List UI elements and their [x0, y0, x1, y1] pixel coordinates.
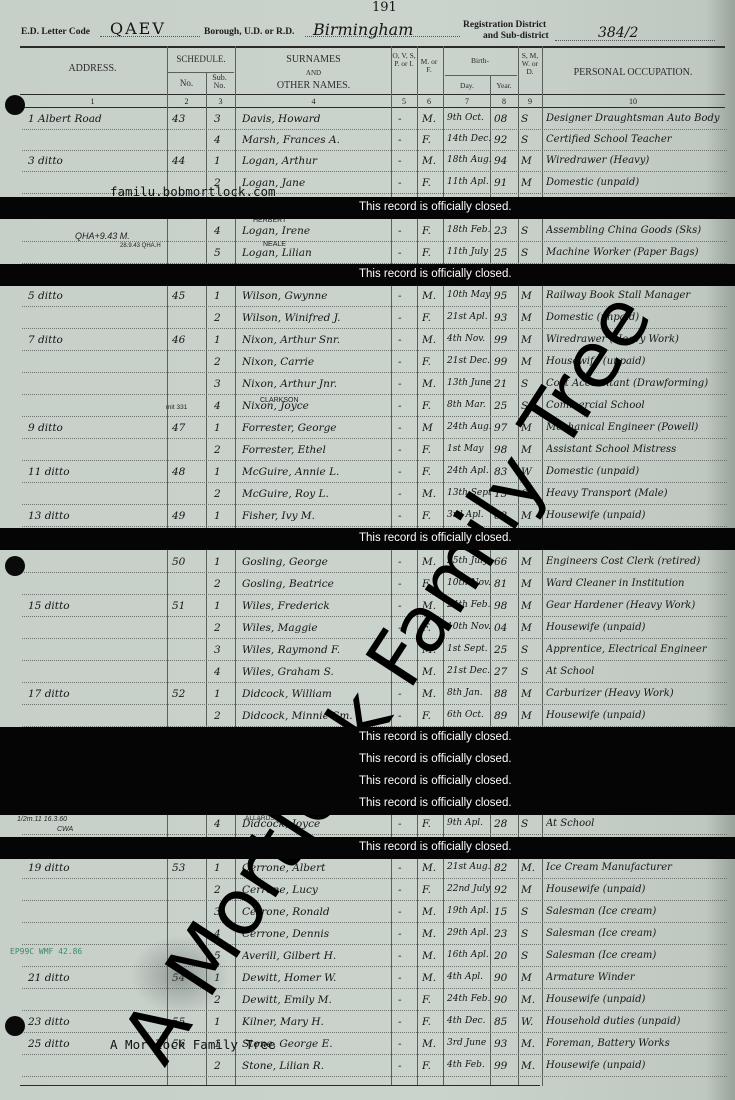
ovspi-cell: -: [398, 378, 414, 390]
sub-number-cell: 1: [214, 422, 230, 434]
sub-number-cell: 1: [214, 510, 230, 522]
sex-cell: F.: [422, 312, 442, 324]
sex-cell: F.: [422, 1060, 442, 1072]
occupation-cell: Foreman, Battery Works: [546, 1038, 728, 1049]
occupation-cell: Wiredrawer (Heavy): [546, 155, 728, 166]
annotation-qha-date: 28.9.43 QHA.H: [120, 243, 161, 249]
occupation-cell: Ward Cleaner in Institution: [546, 578, 728, 589]
column-number: 5: [392, 97, 416, 106]
closed-record-text: This record is officially closed.: [359, 201, 512, 213]
birth-day-cell: 4th Feb.: [447, 1060, 491, 1070]
sub-number-cell: 2: [214, 356, 230, 368]
birth-year-cell: 94: [494, 155, 518, 167]
name-cell: Nixon, Arthur Snr.: [242, 334, 390, 346]
column-schedule-no-header: No.: [168, 79, 205, 88]
marital-status-cell: S: [521, 113, 541, 125]
birth-day-cell: 22nd July: [447, 884, 491, 894]
closed-record-bar: This record is officially closed.: [0, 197, 735, 219]
name-cell: Logan, Arthur: [242, 155, 390, 167]
ovspi-cell: -: [398, 972, 414, 984]
ovspi-cell: -: [398, 466, 414, 478]
birth-day-cell: 21st Dec.: [447, 666, 491, 676]
table-row: 11 ditto481McGuire, Annie L.-F.24th Apl.…: [0, 463, 735, 483]
marital-status-cell: M: [521, 622, 541, 634]
sex-cell: M.: [422, 906, 442, 918]
occupation-cell: Designer Draughtsman Auto Body: [546, 113, 728, 124]
birth-day-cell: 9th Oct.: [447, 113, 491, 123]
marital-status-cell: M: [521, 688, 541, 700]
schedule-number-cell: 49: [172, 510, 202, 522]
sex-cell: M.: [422, 950, 442, 962]
annotation-mit: mit 331: [166, 404, 187, 411]
sub-number-cell: 1: [214, 600, 230, 612]
marital-status-cell: S: [521, 247, 541, 259]
column-number: 7: [445, 97, 489, 106]
marital-status-cell: M: [521, 710, 541, 722]
birth-year-cell: 89: [494, 710, 518, 722]
occupation-cell: Certified School Teacher: [546, 134, 728, 145]
census-register-page: 191 E.D. Letter Code QAEV Borough, U.D. …: [0, 0, 735, 1100]
ovspi-cell: -: [398, 510, 414, 522]
birth-year-cell: 25: [494, 644, 518, 656]
occupation-cell: Housewife (unpaid): [546, 510, 728, 521]
closed-record-text: This record is officially closed.: [359, 268, 512, 280]
closed-record-text: This record is officially closed.: [359, 841, 512, 853]
sub-number-cell: 3: [214, 644, 230, 656]
sex-cell: M.: [422, 488, 442, 500]
schedule-number-cell: 47: [172, 422, 202, 434]
table-row: 2McGuire, Roy L.-M.13th Sept.15SHeavy Tr…: [0, 485, 735, 505]
birth-day-cell: 18th Aug.: [447, 155, 491, 165]
table-row: 3Cerrone, Ronald-M.19th Apl.15SSalesman …: [0, 903, 735, 923]
birth-day-cell: 4th Nov.: [447, 334, 491, 344]
column-number: 2: [168, 97, 205, 106]
occupation-cell: Housewife (unpaid): [546, 884, 728, 895]
sex-cell: F.: [422, 884, 442, 896]
sex-cell: M.: [422, 155, 442, 167]
table-row: 2Gosling, Beatrice-F.10th Nov.81MWard Cl…: [0, 575, 735, 595]
birth-year-cell: 93: [494, 312, 518, 324]
table-row: 2Forrester, Ethel-F.1st May98MAssistant …: [0, 441, 735, 461]
ovspi-cell: -: [398, 177, 414, 189]
birth-day-cell: 6th Oct.: [447, 710, 491, 720]
sex-cell: M.: [422, 334, 442, 346]
birth-year-cell: 98: [494, 600, 518, 612]
address-cell: 5 ditto: [28, 290, 163, 302]
sub-number-cell: 2: [214, 312, 230, 324]
sub-number-cell: 1: [214, 290, 230, 302]
column-schedule-header: SCHEDULE.: [168, 55, 234, 64]
column-birth-header: Birth-: [445, 57, 515, 65]
closed-record-text: This record is officially closed.: [359, 753, 512, 765]
ovspi-cell: -: [398, 928, 414, 940]
table-row: 501Gosling, George-M.25th July66MEnginee…: [0, 553, 735, 573]
column-ovspi-header: O, V, S, P. or I.: [392, 52, 416, 68]
sub-number-cell: 2: [214, 1060, 230, 1072]
birth-year-cell: 92: [494, 134, 518, 146]
sub-number-cell: 4: [214, 400, 230, 412]
birth-year-cell: 92: [494, 884, 518, 896]
sex-cell: M.: [422, 113, 442, 125]
ovspi-cell: -: [398, 1016, 414, 1028]
occupation-cell: Domestic (unpaid): [546, 177, 728, 188]
birth-year-cell: 90: [494, 972, 518, 984]
birth-year-cell: 23: [494, 225, 518, 237]
name-cell: Nixon, Carrie: [242, 356, 390, 368]
birth-day-cell: 19th Apl.: [447, 906, 491, 916]
birth-day-cell: 13th June: [447, 378, 491, 388]
column-number: 1: [20, 97, 165, 106]
birth-year-cell: 82: [494, 862, 518, 874]
closed-record-bar: This record is officially closed.: [0, 528, 735, 550]
annotation-clarkson: CLARKSON: [260, 397, 299, 404]
marital-status-cell: S: [521, 906, 541, 918]
sex-cell: M.: [422, 1038, 442, 1050]
sub-number-cell: 4: [214, 666, 230, 678]
annotation-transfer-initials: CWA: [57, 826, 73, 833]
sex-cell: M.: [422, 862, 442, 874]
occupation-cell: Salesman (Ice cream): [546, 950, 728, 961]
sub-number-cell: 2: [214, 488, 230, 500]
birth-day-cell: 8th Mar.: [447, 400, 491, 410]
marital-status-cell: S: [521, 818, 541, 830]
sub-number-cell: 4: [214, 225, 230, 237]
birth-day-cell: 9th Apl.: [447, 818, 491, 828]
registration-district-value: 384/2: [598, 25, 638, 41]
sex-cell: F.: [422, 225, 442, 237]
marital-status-cell: M.: [521, 994, 541, 1006]
table-row: 9 ditto471Forrester, George-M24th Aug.97…: [0, 419, 735, 439]
marital-status-cell: S: [521, 666, 541, 678]
birth-day-cell: 10th May: [447, 290, 491, 300]
table-row: 4Didcock, Joyce-F.9th Apl.28SAt School: [0, 815, 735, 835]
birth-day-cell: 18th Feb.: [447, 225, 491, 235]
birth-year-cell: 99: [494, 334, 518, 346]
table-row: 2Cerrone, Lucy-F.22nd July92MHousewife (…: [0, 881, 735, 901]
name-cell: Wilson, Gwynne: [242, 290, 390, 302]
name-cell: Marsh, Frances A.: [242, 134, 390, 146]
birth-year-cell: 28: [494, 818, 518, 830]
sub-number-cell: 5: [214, 247, 230, 259]
marital-status-cell: M: [521, 312, 541, 324]
sex-cell: M: [422, 422, 442, 434]
name-cell: Logan, Irene: [242, 225, 390, 237]
sub-number-cell: 3: [214, 378, 230, 390]
marital-status-cell: M: [521, 884, 541, 896]
occupation-cell: Ice Cream Manufacturer: [546, 862, 728, 873]
closed-record-bar: This record is officially closed.: [0, 837, 735, 859]
table-row: 4Cerrone, Dennis-M.29th Apl.23SSalesman …: [0, 925, 735, 945]
name-cell: Stone, Lilian R.: [242, 1060, 390, 1072]
schedule-number-cell: 50: [172, 556, 202, 568]
marital-status-cell: S: [521, 644, 541, 656]
column-sex-header: M. or F.: [418, 58, 440, 74]
sub-number-cell: 2: [214, 578, 230, 590]
marital-status-cell: M: [521, 972, 541, 984]
ovspi-cell: -: [398, 488, 414, 500]
marital-status-cell: M.: [521, 1038, 541, 1050]
birth-day-cell: 21st Dec.: [447, 356, 491, 366]
occupation-cell: Household duties (unpaid): [546, 1016, 728, 1027]
ovspi-cell: -: [398, 155, 414, 167]
ed-letter-code-label: E.D. Letter Code: [21, 27, 90, 37]
marital-status-cell: M: [521, 155, 541, 167]
birth-year-cell: 85: [494, 1016, 518, 1028]
borough-label: Borough, U.D. or R.D.: [204, 27, 294, 37]
sex-cell: F.: [422, 134, 442, 146]
birth-day-cell: 11th July: [447, 247, 491, 257]
marital-status-cell: M.: [521, 862, 541, 874]
ovspi-cell: -: [398, 950, 414, 962]
ovspi-cell: -: [398, 247, 414, 259]
closed-record-text: This record is officially closed.: [359, 532, 512, 544]
name-cell: Wilson, Winifred J.: [242, 312, 390, 324]
closed-record-text: This record is officially closed.: [359, 797, 512, 809]
name-cell: Dewitt, Homer W.: [242, 972, 390, 984]
occupation-cell: Machine Worker (Paper Bags): [546, 247, 728, 258]
address-cell: 17 ditto: [28, 688, 163, 700]
marital-status-cell: M: [521, 600, 541, 612]
occupation-cell: Apprentice, Electrical Engineer: [546, 644, 728, 655]
birth-year-cell: 88: [494, 688, 518, 700]
column-address-header: ADDRESS.: [20, 64, 165, 75]
table-row: 3 ditto441Logan, Arthur-M.18th Aug.94MWi…: [0, 152, 735, 172]
schedule-number-cell: 53: [172, 862, 202, 874]
name-cell: McGuire, Roy L.: [242, 488, 390, 500]
birth-year-cell: 27: [494, 666, 518, 678]
column-marital-header: S, M, W. or D.: [519, 52, 541, 76]
table-row: 2Stone, Lilian R.-F.4th Feb.99M.Housewif…: [0, 1057, 735, 1077]
occupation-cell: Engineers Cost Clerk (retired): [546, 556, 728, 567]
punch-hole: [5, 1016, 25, 1036]
marital-status-cell: M: [521, 177, 541, 189]
address-cell: 11 ditto: [28, 466, 163, 478]
name-cell: Gosling, George: [242, 556, 390, 568]
ovspi-cell: -: [398, 225, 414, 237]
name-cell: Averill, Gilbert H.: [242, 950, 390, 962]
birth-day-cell: 14th Dec.: [447, 134, 491, 144]
name-cell: Dewitt, Emily M.: [242, 994, 390, 1006]
name-cell: Nixon, Arthur Jnr.: [242, 378, 390, 390]
sub-number-cell: 2: [214, 622, 230, 634]
table-row: 5Logan, Lilian-F.11th July25SMachine Wor…: [0, 244, 735, 264]
marital-status-cell: S: [521, 950, 541, 962]
birth-year-cell: 90: [494, 994, 518, 1006]
name-cell: Wiles, Frederick: [242, 600, 390, 612]
table-row: 13 ditto491Fisher, Ivy M.-F.3rd Apl.02MH…: [0, 507, 735, 527]
address-cell: 19 ditto: [28, 862, 163, 874]
marital-status-cell: S: [521, 928, 541, 940]
column-number: 9: [519, 97, 541, 106]
ovspi-cell: -: [398, 444, 414, 456]
occupation-cell: Assembling China Goods (Sks): [546, 225, 728, 236]
birth-day-cell: 21st Apl.: [447, 312, 491, 322]
marital-status-cell: M: [521, 578, 541, 590]
ovspi-cell: -: [398, 1038, 414, 1050]
name-cell: Kilner, Mary H.: [242, 1016, 390, 1028]
address-cell: 9 ditto: [28, 422, 163, 434]
birth-day-cell: 24th Aug.: [447, 422, 491, 432]
sub-number-cell: 4: [214, 818, 230, 830]
closed-record-text: This record is officially closed.: [359, 731, 512, 743]
ovspi-cell: -: [398, 906, 414, 918]
sub-number-cell: 1: [214, 466, 230, 478]
sub-number-cell: 1: [214, 556, 230, 568]
table-row: 21 ditto541Dewitt, Homer W.-M.4th Apl.90…: [0, 969, 735, 989]
sub-number-cell: 2: [214, 710, 230, 722]
occupation-cell: At School: [546, 818, 728, 829]
closed-record-bar: This record is officially closed.: [0, 264, 735, 286]
schedule-number-cell: 46: [172, 334, 202, 346]
birth-year-cell: 23: [494, 928, 518, 940]
sex-cell: F.: [422, 994, 442, 1006]
annotation-qha: QHA+9.43 M.: [75, 231, 130, 241]
sex-cell: M.: [422, 378, 442, 390]
marital-status-cell: M: [521, 334, 541, 346]
birth-day-cell: 21st Aug.: [447, 862, 491, 872]
occupation-cell: Salesman (Ice cream): [546, 928, 728, 939]
column-number: 4: [236, 97, 391, 106]
marital-status-cell: W.: [521, 1016, 541, 1028]
ovspi-cell: -: [398, 356, 414, 368]
table-row: 1 Albert Road433Davis, Howard-M.9th Oct.…: [0, 110, 735, 130]
birth-day-cell: 11th Apl.: [447, 177, 491, 187]
occupation-cell: Carburizer (Heavy Work): [546, 688, 728, 699]
schedule-number-cell: 45: [172, 290, 202, 302]
birth-day-cell: 16th Apl.: [447, 950, 491, 960]
name-cell: Forrester, George: [242, 422, 390, 434]
sex-cell: F.: [422, 247, 442, 259]
ovspi-cell: -: [398, 884, 414, 896]
table-row: 5Averill, Gilbert H.-M.16th Apl.20SSales…: [0, 947, 735, 967]
sub-number-cell: 1: [214, 155, 230, 167]
birth-year-cell: 04: [494, 622, 518, 634]
ovspi-cell: -: [398, 818, 414, 830]
sex-cell: F.: [422, 1016, 442, 1028]
ovspi-cell: -: [398, 862, 414, 874]
birth-day-cell: 8th Jan.: [447, 688, 491, 698]
sub-number-cell: 4: [214, 134, 230, 146]
sub-number-cell: 1: [214, 688, 230, 700]
occupation-cell: Gear Hardener (Heavy Work): [546, 600, 728, 611]
sex-cell: F.: [422, 356, 442, 368]
occupation-cell: Housewife (unpaid): [546, 710, 728, 721]
birth-day-cell: 29th Apl.: [447, 928, 491, 938]
address-cell: 13 ditto: [28, 510, 163, 522]
column-other-names-header: OTHER NAMES.: [236, 81, 391, 92]
annotation-green-reference: EP99C WMF 42.86: [10, 947, 82, 956]
closed-record-bar: This record is officially closed.: [0, 771, 735, 793]
marital-status-cell: S: [521, 134, 541, 146]
table-row: 19 ditto531Cerrone, Albert-M.21st Aug.82…: [0, 859, 735, 879]
table-row: 4Marsh, Frances A.-F.14th Dec.92SCertifi…: [0, 131, 735, 151]
birth-year-cell: 91: [494, 177, 518, 189]
column-number: 3: [207, 97, 234, 106]
occupation-cell: Housewife (unpaid): [546, 994, 728, 1005]
sex-cell: F.: [422, 710, 442, 722]
sub-number-cell: 3: [214, 113, 230, 125]
schedule-number-cell: 48: [172, 466, 202, 478]
column-birth-day-header: Day.: [445, 82, 489, 90]
address-cell: 3 ditto: [28, 155, 163, 167]
ovspi-cell: -: [398, 400, 414, 412]
name-cell: McGuire, Annie L.: [242, 466, 390, 478]
birth-year-cell: 99: [494, 1060, 518, 1072]
closed-record-bar: This record is officially closed.: [0, 793, 735, 815]
birth-year-cell: 20: [494, 950, 518, 962]
page-number: 191: [372, 0, 397, 15]
address-cell: 7 ditto: [28, 334, 163, 346]
ovspi-cell: -: [398, 312, 414, 324]
name-cell: Logan, Lilian: [242, 247, 390, 259]
sex-cell: F.: [422, 444, 442, 456]
sex-cell: F.: [422, 466, 442, 478]
occupation-cell: Housewife (unpaid): [546, 1060, 728, 1071]
sex-cell: M.: [422, 972, 442, 984]
column-number: 8: [491, 97, 517, 106]
sex-cell: F.: [422, 818, 442, 830]
schedule-number-cell: 52: [172, 688, 202, 700]
occupation-cell: Heavy Transport (Male): [546, 488, 728, 499]
schedule-number-cell: 51: [172, 600, 202, 612]
sub-number-cell: 1: [214, 334, 230, 346]
ovspi-cell: -: [398, 994, 414, 1006]
ovspi-cell: -: [398, 422, 414, 434]
occupation-cell: Railway Book Stall Manager: [546, 290, 728, 301]
sex-cell: M.: [422, 928, 442, 940]
closed-record-bar: This record is officially closed.: [0, 727, 735, 749]
birth-day-cell: 4th Dec.: [447, 1016, 491, 1026]
ovspi-cell: -: [398, 134, 414, 146]
schedule-number-cell: 43: [172, 113, 202, 125]
address-cell: 15 ditto: [28, 600, 163, 612]
occupation-cell: At School: [546, 666, 728, 677]
birth-year-cell: 99: [494, 356, 518, 368]
name-cell: Davis, Howard: [242, 113, 390, 125]
birth-day-cell: 24th Feb.: [447, 994, 491, 1004]
column-number: 6: [418, 97, 440, 106]
closed-record-text: This record is officially closed.: [359, 775, 512, 787]
occupation-cell: Armature Winder: [546, 972, 728, 983]
column-schedule-sub-header: Sub. No.: [207, 74, 232, 91]
marital-status-cell: M: [521, 290, 541, 302]
occupation-cell: Salesman (Ice cream): [546, 906, 728, 917]
punch-hole: [5, 556, 25, 576]
birth-year-cell: 95: [494, 290, 518, 302]
column-surnames-header: SURNAMES: [236, 55, 391, 66]
closed-record-bar: This record is officially closed.: [0, 749, 735, 771]
sub-district-label: and Sub-district: [483, 31, 549, 41]
marital-status-cell: M: [521, 556, 541, 568]
annotation-transfer: 1/2m.11 16.3.60: [17, 816, 67, 823]
column-number: 10: [543, 97, 723, 106]
table-row: 15 ditto511Wiles, Frederick-M.24th Feb.9…: [0, 597, 735, 617]
ovspi-cell: -: [398, 1060, 414, 1072]
column-surnames-and: AND: [236, 70, 391, 77]
name-cell: Gosling, Beatrice: [242, 578, 390, 590]
birth-year-cell: 25: [494, 247, 518, 259]
annotation-neale: NEALE: [263, 241, 286, 248]
occupation-cell: Housewife (unpaid): [546, 622, 728, 633]
sub-number-cell: 2: [214, 444, 230, 456]
ovspi-cell: -: [398, 290, 414, 302]
ovspi-cell: -: [398, 334, 414, 346]
name-cell: Forrester, Ethel: [242, 444, 390, 456]
marital-status-cell: M.: [521, 1060, 541, 1072]
address-cell: 1 Albert Road: [28, 113, 163, 125]
birth-year-cell: 21: [494, 378, 518, 390]
name-cell: Fisher, Ivy M.: [242, 510, 390, 522]
